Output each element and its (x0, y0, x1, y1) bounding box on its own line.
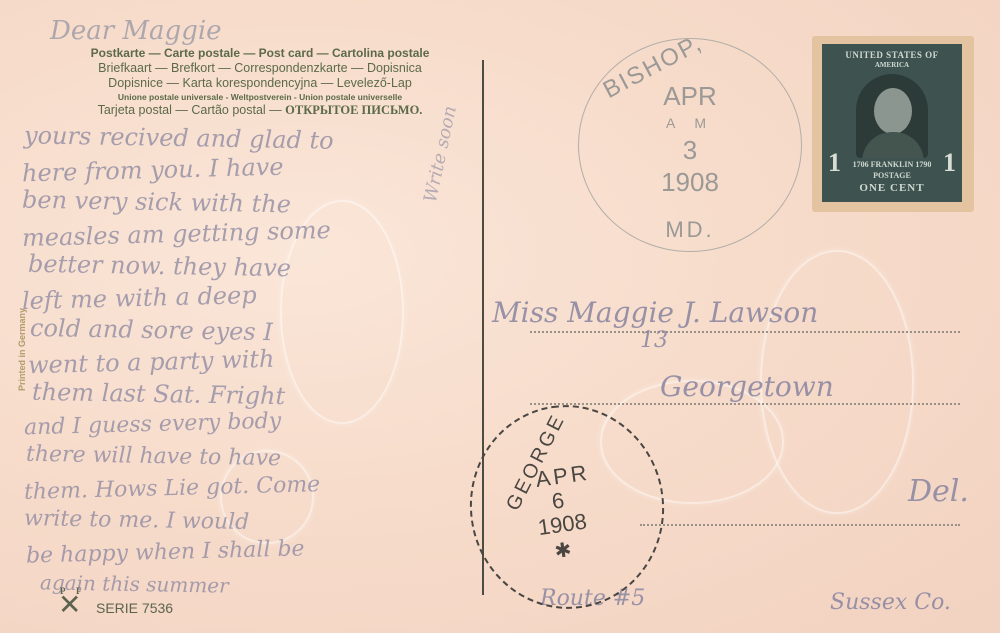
publisher-mark: P F ✕ SERIE 7536 (52, 588, 173, 618)
postmark-year: 1908 (579, 167, 801, 198)
header-line-5-latin: Tarjeta postal — Cartão postal — (98, 103, 286, 117)
portrait-face (874, 88, 912, 134)
letter-line: ben very sick with the (22, 186, 291, 219)
letter-line: there will have to have (26, 442, 281, 471)
postmark-ampm: A M (579, 115, 801, 131)
letter-line: better now. they have (28, 250, 291, 283)
address-name: Miss Maggie J. Lawson (492, 296, 818, 329)
postmark-state: MD. (579, 217, 801, 243)
margin-note: Write soon (420, 104, 461, 204)
header-line-1: Postkarte — Carte postale — Post card — … (40, 46, 480, 61)
letter-line: be happy when I shall be (26, 536, 305, 568)
portrait-coat (862, 132, 924, 158)
stamp-america-text: AMERICA (822, 61, 962, 69)
letter-greeting: Dear Maggie (50, 16, 222, 46)
header-line-4: Unione postale universale - Weltpostvere… (40, 91, 480, 103)
letter-line: measles am getting some (22, 216, 331, 252)
letter-line: went to a party with (28, 345, 275, 379)
letter-line: here from you. I have (22, 153, 284, 188)
stamp-country-text: UNITED STATES OF (822, 44, 962, 60)
address-street: 13 (640, 328, 668, 353)
address-line-3 (640, 524, 960, 526)
address-county: Sussex Co. (830, 590, 951, 615)
logo-cross: ✕ (58, 592, 81, 620)
letter-line: cold and sore eyes I (30, 314, 273, 346)
letter-line: and I guess every body (24, 409, 282, 441)
stamp-name-band: 1706 FRANKLIN 1790 (822, 160, 962, 169)
letter-line: yours recived and glad to (24, 121, 334, 154)
serie-number: SERIE 7536 (96, 600, 173, 616)
address-state: Del. (908, 474, 969, 509)
header-line-3: Dopisnice — Karta korespondencyjna — Lev… (40, 76, 480, 91)
pfb-logo-icon: P F ✕ (52, 588, 90, 618)
address-line-1 (530, 331, 960, 333)
postcard-header-multilingual: Postkarte — Carte postale — Post card — … (40, 46, 480, 118)
stamp-value-text: ONE CENT (822, 182, 962, 194)
postmark-month: APR (579, 81, 801, 112)
address-line-2 (530, 403, 960, 405)
postmark-day: 3 (579, 135, 801, 166)
stamp-engraving: UNITED STATES OF AMERICA 1 1 1706 FRANKL… (822, 44, 962, 202)
postage-stamp: UNITED STATES OF AMERICA 1 1 1706 FRANKL… (812, 36, 974, 212)
printed-in-label: Printed in Germany (17, 311, 27, 391)
header-line-2: Briefkaart — Brefkort — Correspondenzkar… (40, 61, 480, 76)
franklin-portrait-icon (856, 74, 928, 158)
address-city: Georgetown (660, 370, 834, 403)
header-line-5: Tarjeta postal — Cartão postal — ОТКРЫТО… (40, 103, 480, 118)
stamp-postage-label: POSTAGE (822, 171, 962, 180)
letter-line: left me with a deep (22, 281, 257, 315)
postcard-back: Dear Maggie Postkarte — Carte postale — … (0, 0, 1000, 633)
postmark-bishop: BISHOP, APR A M 3 1908 MD. (578, 38, 802, 252)
header-line-5-cyrillic: ОТКРЫТОЕ ПИСЬМО. (285, 103, 422, 117)
letter-line: them last Sat. Fright (32, 378, 286, 410)
letter-line: write to me. I would (24, 506, 250, 535)
